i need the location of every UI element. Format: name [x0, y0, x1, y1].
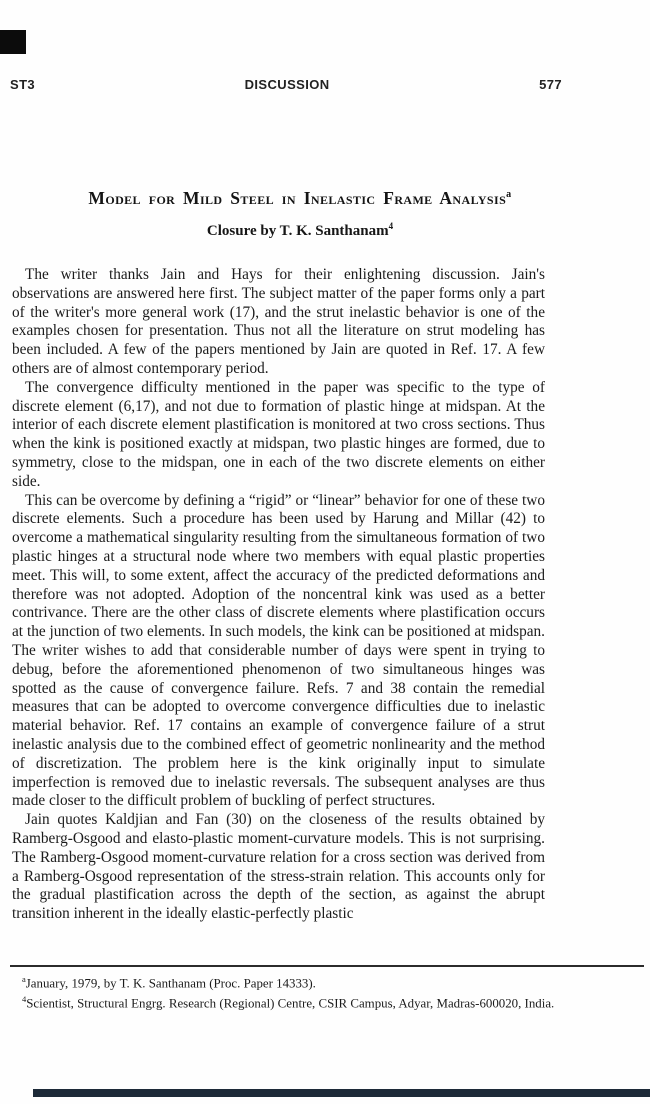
footnote-2: 4Scientist, Structural Engrg. Research (… — [12, 991, 560, 1011]
paragraph-4: Jain quotes Kaldjian and Fan (30) on the… — [12, 811, 545, 924]
paragraph-2: The convergence difficulty mentioned in … — [12, 379, 545, 492]
byline: Closure by T. K. Santhanam4 — [30, 221, 570, 240]
byline-text: Closure by T. K. Santhanam — [207, 223, 389, 239]
running-head: ST3 DISCUSSION 577 — [10, 77, 562, 92]
byline-footnote-marker: 4 — [389, 221, 394, 231]
footnote-divider — [10, 965, 644, 967]
footnote-2-text: Scientist, Structural Engrg. Research (R… — [26, 997, 554, 1011]
journal-issue-code: ST3 — [10, 77, 35, 92]
paper-title: Model for Mild Steel in Inelastic Frame … — [30, 188, 570, 209]
article-body: The writer thanks Jain and Hays for thei… — [12, 266, 545, 924]
title-footnote-marker: a — [506, 189, 511, 200]
scan-corner-artifact — [0, 30, 26, 54]
scanned-paper-page: ST3 DISCUSSION 577 Model for Mild Steel … — [0, 0, 650, 1104]
page-number: 577 — [539, 77, 562, 92]
paragraph-3: This can be overcome by defining a “rigi… — [12, 492, 545, 812]
paper-title-text: Model for Mild Steel in Inelastic Frame … — [88, 188, 506, 208]
section-heading: DISCUSSION — [245, 77, 330, 92]
scan-bottom-artifact — [33, 1089, 650, 1097]
footnotes: aJanuary, 1979, by T. K. Santhanam (Proc… — [12, 971, 560, 1012]
footnote-1: aJanuary, 1979, by T. K. Santhanam (Proc… — [12, 971, 560, 991]
paragraph-1: The writer thanks Jain and Hays for thei… — [12, 266, 545, 379]
footnote-1-text: January, 1979, by T. K. Santhanam (Proc.… — [26, 976, 316, 990]
